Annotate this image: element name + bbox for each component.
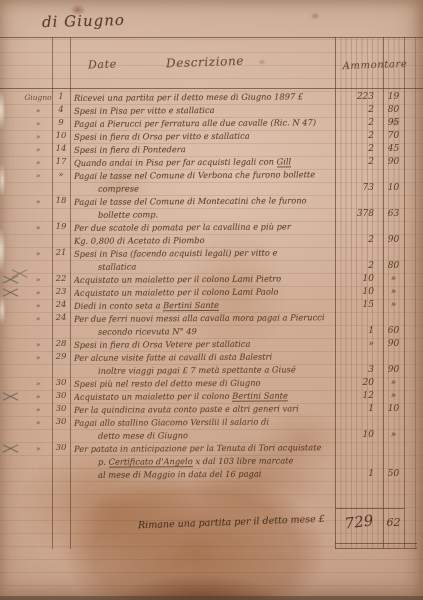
row-description: Pagai a Pierucci per ferratura alle due …: [70, 117, 335, 130]
row-margin: [0, 416, 24, 429]
row-day: 24: [52, 312, 70, 325]
description-text: Spesi più nel resto del detto mese di Gi…: [74, 378, 261, 389]
row-amount-cent: »: [383, 390, 404, 403]
ledger-row: »30Spesi più nel resto del detto mese di…: [0, 377, 423, 390]
row-day: 17: [52, 156, 70, 169]
row-margin: [0, 286, 24, 299]
row-margin: [0, 117, 24, 130]
row-day: 4: [52, 104, 70, 117]
description-text: Pagai le tasse nel Comune di Verbona che…: [74, 169, 315, 181]
ledger-row: »22Acquistato un maialetto per il colono…: [0, 273, 423, 286]
row-margin: [0, 377, 24, 390]
description-text: Spesi in fiera di Pontedera: [74, 144, 186, 155]
ledger-row: »24Per due ferri nuovi messi alla cavall…: [0, 312, 423, 338]
row-month: »: [24, 195, 52, 208]
ledger-row: »»Pagai le tasse nel Comune di Verbona c…: [0, 169, 423, 195]
description-text: Quando andai in Pisa per far acquisti le…: [74, 156, 277, 167]
description-text: inoltre viaggi pagai £ 7 metà spettante …: [98, 364, 296, 375]
row-description: Spesi in fiera di Orsa per vitto e stall…: [70, 130, 335, 143]
ledger-row: »14Spesi in fiera di Pontedera245: [0, 143, 423, 156]
row-amount-lire: 12: [335, 390, 383, 403]
row-margin: [0, 91, 24, 104]
horizontal-rule: [0, 88, 423, 89]
ledger-row: »17Quando andai in Pisa per far acquisti…: [0, 156, 423, 169]
row-amount-cent: 45: [383, 143, 404, 156]
description-text: Acquistato un maialetto per il colono: [74, 391, 232, 402]
row-day: 23: [52, 286, 70, 299]
row-day: 30: [52, 403, 70, 416]
row-description: Spesi in Pisa (facendo acquisti legali) …: [70, 247, 335, 273]
row-day: 30: [52, 390, 70, 403]
pencil-x-mark-icon: [12, 268, 27, 279]
row-month: »: [24, 312, 52, 325]
row-amount-cent: 90: [383, 338, 404, 351]
ledger-row: »30Acquistato un maialetto per il colono…: [0, 390, 423, 403]
ledger-page: di Giugno Date Descrizione Ammontare Giu…: [0, 0, 423, 600]
row-amount-lire: 10: [335, 286, 383, 299]
description-text: Certificato d'Angelo: [109, 456, 193, 468]
row-month: »: [24, 286, 52, 299]
row-margin: [0, 169, 24, 182]
row-margin: [0, 312, 24, 325]
description-text: Kg. 0,800 di Acetato di Piombo: [74, 235, 205, 246]
row-month: »: [24, 273, 52, 286]
horizontal-rule: [0, 37, 423, 38]
row-description: Per due ferri nuovi messi alla cavalla m…: [70, 312, 335, 338]
row-amount-cent: »: [383, 299, 404, 312]
description-text: Per la quindicina avuta conto paste e al…: [74, 403, 299, 415]
row-margin: [0, 195, 24, 208]
description-text: Bertini Sante: [163, 300, 219, 311]
total-amount-lire: 729: [334, 510, 384, 534]
row-month: »: [24, 117, 52, 130]
row-day: 18: [52, 195, 70, 208]
column-header-description: Descrizione: [166, 54, 244, 71]
row-amount-lire: 3: [335, 364, 383, 377]
ledger-row: »30Per la quindicina avuta conto paste e…: [0, 403, 423, 416]
row-month: »: [24, 130, 52, 143]
row-description: Quando andai in Pisa per far acquisti le…: [70, 156, 335, 169]
row-description: Diedi in conto seta a Bertini Sante: [70, 299, 335, 312]
row-description: Per alcune visite fatte ai cavalli di as…: [70, 351, 335, 377]
total-row: Rimane una partita per il detto mese £ 7…: [0, 509, 423, 543]
row-amount-cent: »: [383, 429, 404, 442]
row-month: »: [24, 377, 52, 390]
row-day: 29: [52, 351, 70, 364]
ledger-row: »21Spesi in Pisa (facendo acquisti legal…: [0, 247, 423, 273]
row-day: 30: [52, 377, 70, 390]
row-amount-cent: 60: [383, 325, 404, 338]
row-margin: [0, 403, 24, 416]
ledger-row: »30Pagai allo stallino Giacomo Versilii …: [0, 416, 423, 442]
row-amount-cent: »: [383, 273, 404, 286]
column-header-date: Date: [88, 58, 117, 72]
row-amount-lire: 15: [335, 299, 383, 312]
description-text: Pagai a Pierucci per ferratura alle due …: [74, 117, 316, 129]
description-text: Bertini Sante: [232, 390, 288, 401]
row-month: »: [24, 221, 52, 234]
row-margin: [0, 156, 24, 169]
description-text: Spesi in Pisa (facendo acquisti legali) …: [74, 247, 277, 258]
row-amount-lire: 2: [335, 260, 383, 273]
row-amount-cent: 63: [383, 208, 404, 221]
row-amount-lire: 223: [335, 91, 383, 104]
description-text: Spesi in Pisa per vitto e stallatica: [74, 105, 215, 116]
row-month: »: [24, 351, 52, 364]
ledger-row: »19Per due scatole di pomata per la cava…: [0, 221, 423, 247]
row-month: »: [24, 416, 52, 429]
row-margin: [0, 299, 24, 312]
ledger-row: »4Spesi in Pisa per vitto e stallatica28…: [0, 104, 423, 117]
description-text: p.: [98, 457, 109, 467]
ledger-row: »18Pagai le tasse del Comune di Montecat…: [0, 195, 423, 221]
pencil-x-mark-icon: [3, 287, 18, 298]
description-text: Diedi in conto seta a: [74, 300, 163, 311]
row-amount-lire: 2: [335, 117, 383, 130]
description-text: Acquistato un maialetto per il colono La…: [74, 286, 279, 297]
row-day: 30: [52, 442, 70, 455]
row-month: »: [24, 390, 52, 403]
row-description: Spesi in fiera di Orsa Vetere per stalla…: [70, 338, 335, 351]
row-margin: [0, 247, 24, 260]
description-text: Per alcune visite fatte ai cavalli di as…: [74, 352, 272, 363]
row-amount-lire: 378: [335, 208, 383, 221]
row-amount-cent: 90: [383, 234, 404, 247]
row-amount-cent: 80: [383, 104, 404, 117]
row-day: 14: [52, 143, 70, 156]
row-margin: [0, 273, 24, 286]
row-description: Pagai le tasse del Comune di Montecatini…: [70, 195, 335, 221]
row-amount-lire: 1: [335, 403, 383, 416]
row-description: Acquistato un maialetto per il colono Be…: [70, 390, 335, 403]
description-text: Pagai allo stallino Giacomo Versilii il …: [74, 417, 269, 428]
ledger-row: »10Spesi in fiera di Orsa per vitto e st…: [0, 130, 423, 143]
row-day: 19: [52, 221, 70, 234]
row-day: 28: [52, 338, 70, 351]
ledger-row: »29Per alcune visite fatte ai cavalli di…: [0, 351, 423, 377]
ledger-row: »30Per patata in anticipazione per la Te…: [0, 442, 423, 481]
description-text: Per patata in anticipazione per la Tenut…: [74, 442, 321, 454]
row-day: 10: [52, 130, 70, 143]
row-margin: [0, 351, 24, 364]
row-amount-lire: 10: [335, 273, 383, 286]
description-text: secondo ricevuta N° 49: [98, 326, 197, 337]
description-text: Pagai le tasse del Comune di Montecatini…: [74, 195, 307, 207]
row-month: »: [24, 299, 52, 312]
total-label: Rimane una partita per il detto mese £: [138, 514, 325, 532]
row-description: Spesi in Pisa per vitto e stallatica: [70, 104, 335, 117]
row-amount-lire: 1: [335, 325, 383, 338]
row-amount-lire: »: [335, 338, 383, 351]
row-amount-cent: 50: [383, 468, 404, 481]
row-amount-cent: »: [383, 377, 404, 390]
description-text: Gill: [277, 156, 292, 167]
row-amount-cent: 80: [383, 260, 404, 273]
row-amount-cent: 90: [383, 156, 404, 169]
row-day: 1: [52, 91, 70, 104]
page-title: di Giugno: [42, 11, 125, 31]
row-month: »: [24, 247, 52, 260]
row-day: »: [52, 169, 70, 182]
row-description: Per la quindicina avuta conto paste e al…: [70, 403, 335, 416]
row-month: »: [24, 143, 52, 156]
row-day: 9: [52, 117, 70, 130]
row-month: »: [24, 442, 52, 455]
description-text: Spesi in fiera di Orsa Vetere per stalla…: [74, 339, 250, 350]
row-description: Spesi più nel resto del detto mese di Gi…: [70, 377, 335, 390]
row-day: 30: [52, 416, 70, 429]
row-margin: [0, 390, 24, 403]
description-text: Acquistato un maialetto per il colono La…: [74, 273, 281, 284]
row-amount-cent: 10: [383, 182, 404, 195]
row-amount-lire: 2: [335, 130, 383, 143]
row-amount-lire: 2: [335, 104, 383, 117]
description-text: Per due ferri nuovi messi alla cavalla m…: [74, 312, 325, 324]
row-amount-cent: 70: [383, 130, 404, 143]
row-description: Spesi in fiera di Pontedera: [70, 143, 335, 156]
row-day: 24: [52, 299, 70, 312]
description-text: stallatica: [98, 261, 136, 271]
ledger-row: »28Spesi in fiera di Orsa Vetere per sta…: [0, 338, 423, 351]
description-text: comprese: [98, 183, 139, 193]
row-month: »: [24, 169, 52, 182]
row-amount-cent: »: [383, 286, 404, 299]
row-amount-cent: 95: [383, 117, 404, 130]
ledger-row: »9Pagai a Pierucci per ferratura alle du…: [0, 117, 423, 130]
row-margin: [0, 221, 24, 234]
row-description: Acquistato un maialetto per il colono La…: [70, 286, 335, 299]
row-day: 21: [52, 247, 70, 260]
row-month: »: [24, 403, 52, 416]
pencil-x-mark-icon: [3, 391, 18, 402]
row-description: Acquistato un maialetto per il colono La…: [70, 273, 335, 286]
row-amount-cent: 90: [383, 364, 404, 377]
row-amount-lire: 2: [335, 234, 383, 247]
page-bottom-edge: [0, 596, 423, 600]
row-day: 22: [52, 273, 70, 286]
description-text: Ricevei una partita per il detto mese di…: [74, 91, 303, 103]
row-amount-lire: 10: [335, 429, 383, 442]
description-text: x dal 103 libre marcate: [193, 455, 294, 466]
row-amount-lire: 73: [335, 182, 383, 195]
row-month: »: [24, 156, 52, 169]
row-margin: [0, 338, 24, 351]
row-margin: [0, 104, 24, 117]
row-description: Per due scatole di pomata per la cavalli…: [70, 221, 335, 247]
ledger-rows: Giugno1Ricevei una partita per il detto …: [0, 91, 423, 481]
column-header-amount: Ammontare: [340, 59, 410, 72]
total-box-bottom-rule: [335, 543, 417, 544]
row-description: Pagai allo stallino Giacomo Versilii il …: [70, 416, 335, 442]
row-month: Giugno: [24, 91, 52, 104]
row-description: Per patata in anticipazione per la Tenut…: [70, 442, 335, 481]
row-description: Ricevei una partita per il detto mese di…: [70, 91, 335, 104]
row-margin: [0, 130, 24, 143]
row-month: »: [24, 104, 52, 117]
row-month: »: [24, 338, 52, 351]
total-amount-cent: 62: [383, 516, 404, 529]
row-amount-lire: 2: [335, 156, 383, 169]
row-amount-lire: 20: [335, 377, 383, 390]
description-text: Spesi in fiera di Orsa per vitto e stall…: [74, 131, 250, 142]
description-text: bollette comp.: [98, 209, 158, 219]
ledger-row: Giugno1Ricevei una partita per il detto …: [0, 91, 423, 104]
row-amount-cent: 19: [383, 91, 404, 104]
row-amount-lire: 1: [335, 468, 383, 481]
description-text: al mese di Maggio in data del 16 pagai: [98, 469, 261, 480]
pencil-x-mark-icon: [3, 443, 18, 454]
ledger-row: »23Acquistato un maialetto per il colono…: [0, 286, 423, 299]
row-description: Pagai le tasse nel Comune di Verbona che…: [70, 169, 335, 195]
description-text: Per due scatole di pomata per la cavalli…: [74, 221, 291, 233]
description-line: al mese di Maggio in data del 16 pagai: [74, 467, 335, 482]
row-margin: [0, 442, 24, 455]
row-margin: [0, 143, 24, 156]
total-box-bottom-rule: [335, 548, 417, 549]
description-text: detto mese di Giugno: [98, 430, 188, 441]
row-amount-lire: 2: [335, 143, 383, 156]
row-amount-cent: 10: [383, 403, 404, 416]
ledger-row: »24Diedi in conto seta a Bertini Sante15…: [0, 299, 423, 312]
